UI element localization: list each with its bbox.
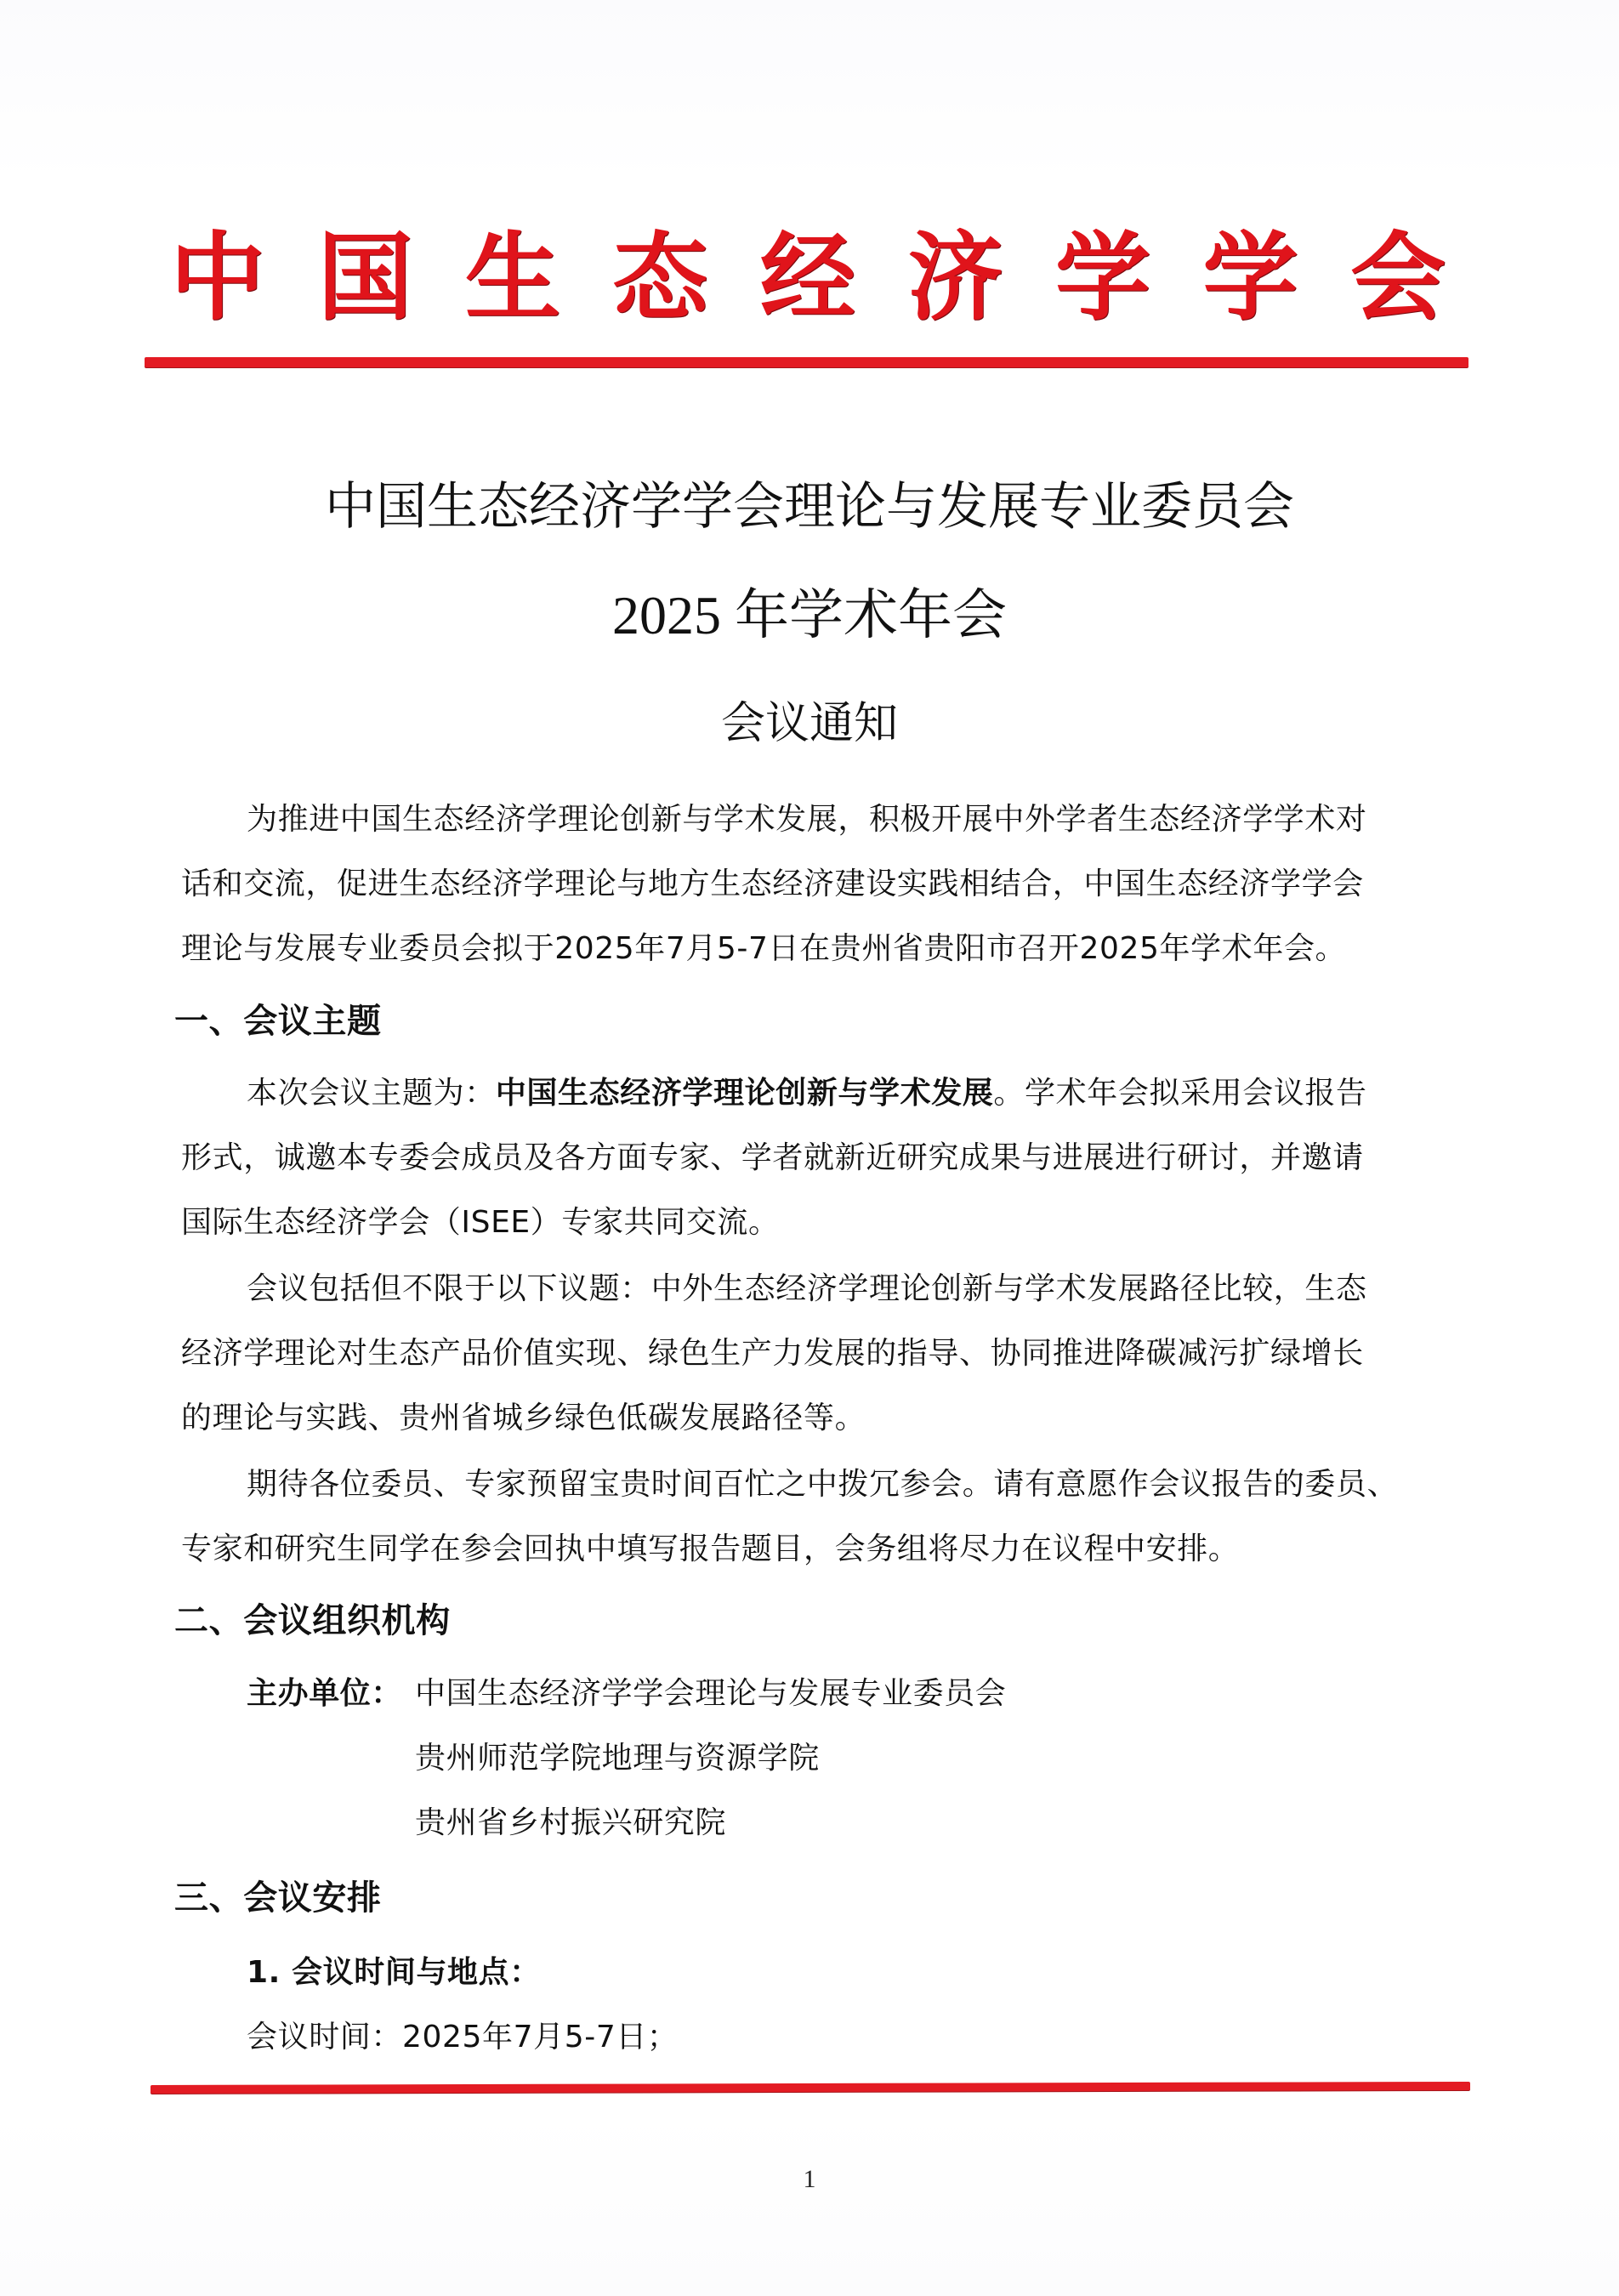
document-title: 中国生态经济学学会理论与发展专业委员会 [0, 466, 1619, 539]
theme-para-line: 国际生态经济学会（ISEE）专家共同交流。 [181, 1202, 780, 1243]
host-label: 主办单位： [247, 1674, 402, 1714]
theme-para-line: 本次会议主题为：中国生态经济学理论创新与学术发展。学术年会拟采用会议报告 [247, 1073, 1367, 1114]
theme-intro-text: 本次会议主题为： [247, 1076, 496, 1111]
intro-line: 话和交流，促进生态经济学理论与地方生态经济建设实践相结合，中国生态经济学学会 [181, 864, 1364, 905]
document-subtitle: 2025 年学术年会 [0, 571, 1619, 650]
letterhead-char: 生 [465, 202, 560, 338]
notice-label: 会议通知 [0, 687, 1619, 751]
letterhead-char: 学 [1055, 202, 1150, 338]
host-organization: 贵州师范学院地理与资源学院 [415, 1738, 820, 1779]
letterhead-char: 学 [1203, 202, 1298, 338]
theme-para-line: 形式，诚邀本专委会成员及各方面专家、学者就新近研究成果与进展进行研讨，并邀请 [181, 1138, 1364, 1179]
letterhead-char: 中 [170, 202, 265, 338]
letterhead-char: 会 [1350, 202, 1446, 338]
letterhead-org-name: 中 国 生 态 经 济 学 学 会 [170, 214, 1446, 325]
intro-line: 理论与发展专业委员会拟于2025年7月5-7日在贵州省贵阳市召开2025年学术年… [181, 929, 1346, 969]
letterhead-char: 国 [318, 202, 413, 338]
document-page: 中 国 生 态 经 济 学 学 会 中国生态经济学学会理论与发展专业委员会 20… [0, 0, 1619, 2296]
footer-red-divider [151, 2082, 1470, 2094]
letterhead-char: 经 [760, 202, 855, 338]
theme-suffix-text: 。学术年会拟采用会议报告 [993, 1076, 1366, 1111]
theme-bold-text: 中国生态经济学理论创新与学术发展 [496, 1076, 994, 1111]
invite-para-line: 专家和研究生同学在参会回执中填写报告题目，会务组将尽力在议程中安排。 [181, 1529, 1239, 1570]
meeting-time-line: 会议时间：2025年7月5-7日； [247, 2017, 679, 2058]
section-heading-theme: 一、会议主题 [174, 999, 382, 1040]
subheading-time-location: 1. 会议时间与地点： [247, 1952, 541, 1993]
letterhead-char: 态 [613, 202, 708, 338]
topics-para-line: 会议包括但不限于以下议题：中外生态经济学理论创新与学术发展路径比较，生态 [247, 1269, 1367, 1310]
intro-line: 为推进中国生态经济学理论创新与学术发展，积极开展中外学者生态经济学学术对 [247, 799, 1367, 840]
letterhead-char: 济 [908, 202, 1003, 338]
topics-para-line: 经济学理论对生态产品价值实现、绿色生产力发展的指导、协同推进降碳减污扩绿增长 [181, 1333, 1364, 1374]
invite-para-line: 期待各位委员、专家预留宝贵时间百忙之中拨冗参会。请有意愿作会议报告的委员、 [247, 1464, 1398, 1505]
section-heading-arrangements: 三、会议安排 [174, 1876, 382, 1917]
host-organization: 中国生态经济学学会理论与发展专业委员会 [415, 1674, 1006, 1714]
section-heading-organizers: 二、会议组织机构 [174, 1599, 451, 1640]
letterhead-red-divider [145, 357, 1468, 367]
page-number: 1 [0, 2165, 1619, 2194]
topics-para-line: 的理论与实践、贵州省城乡绿色低碳发展路径等。 [181, 1398, 866, 1439]
host-organization: 贵州省乡村振兴研究院 [415, 1803, 726, 1844]
